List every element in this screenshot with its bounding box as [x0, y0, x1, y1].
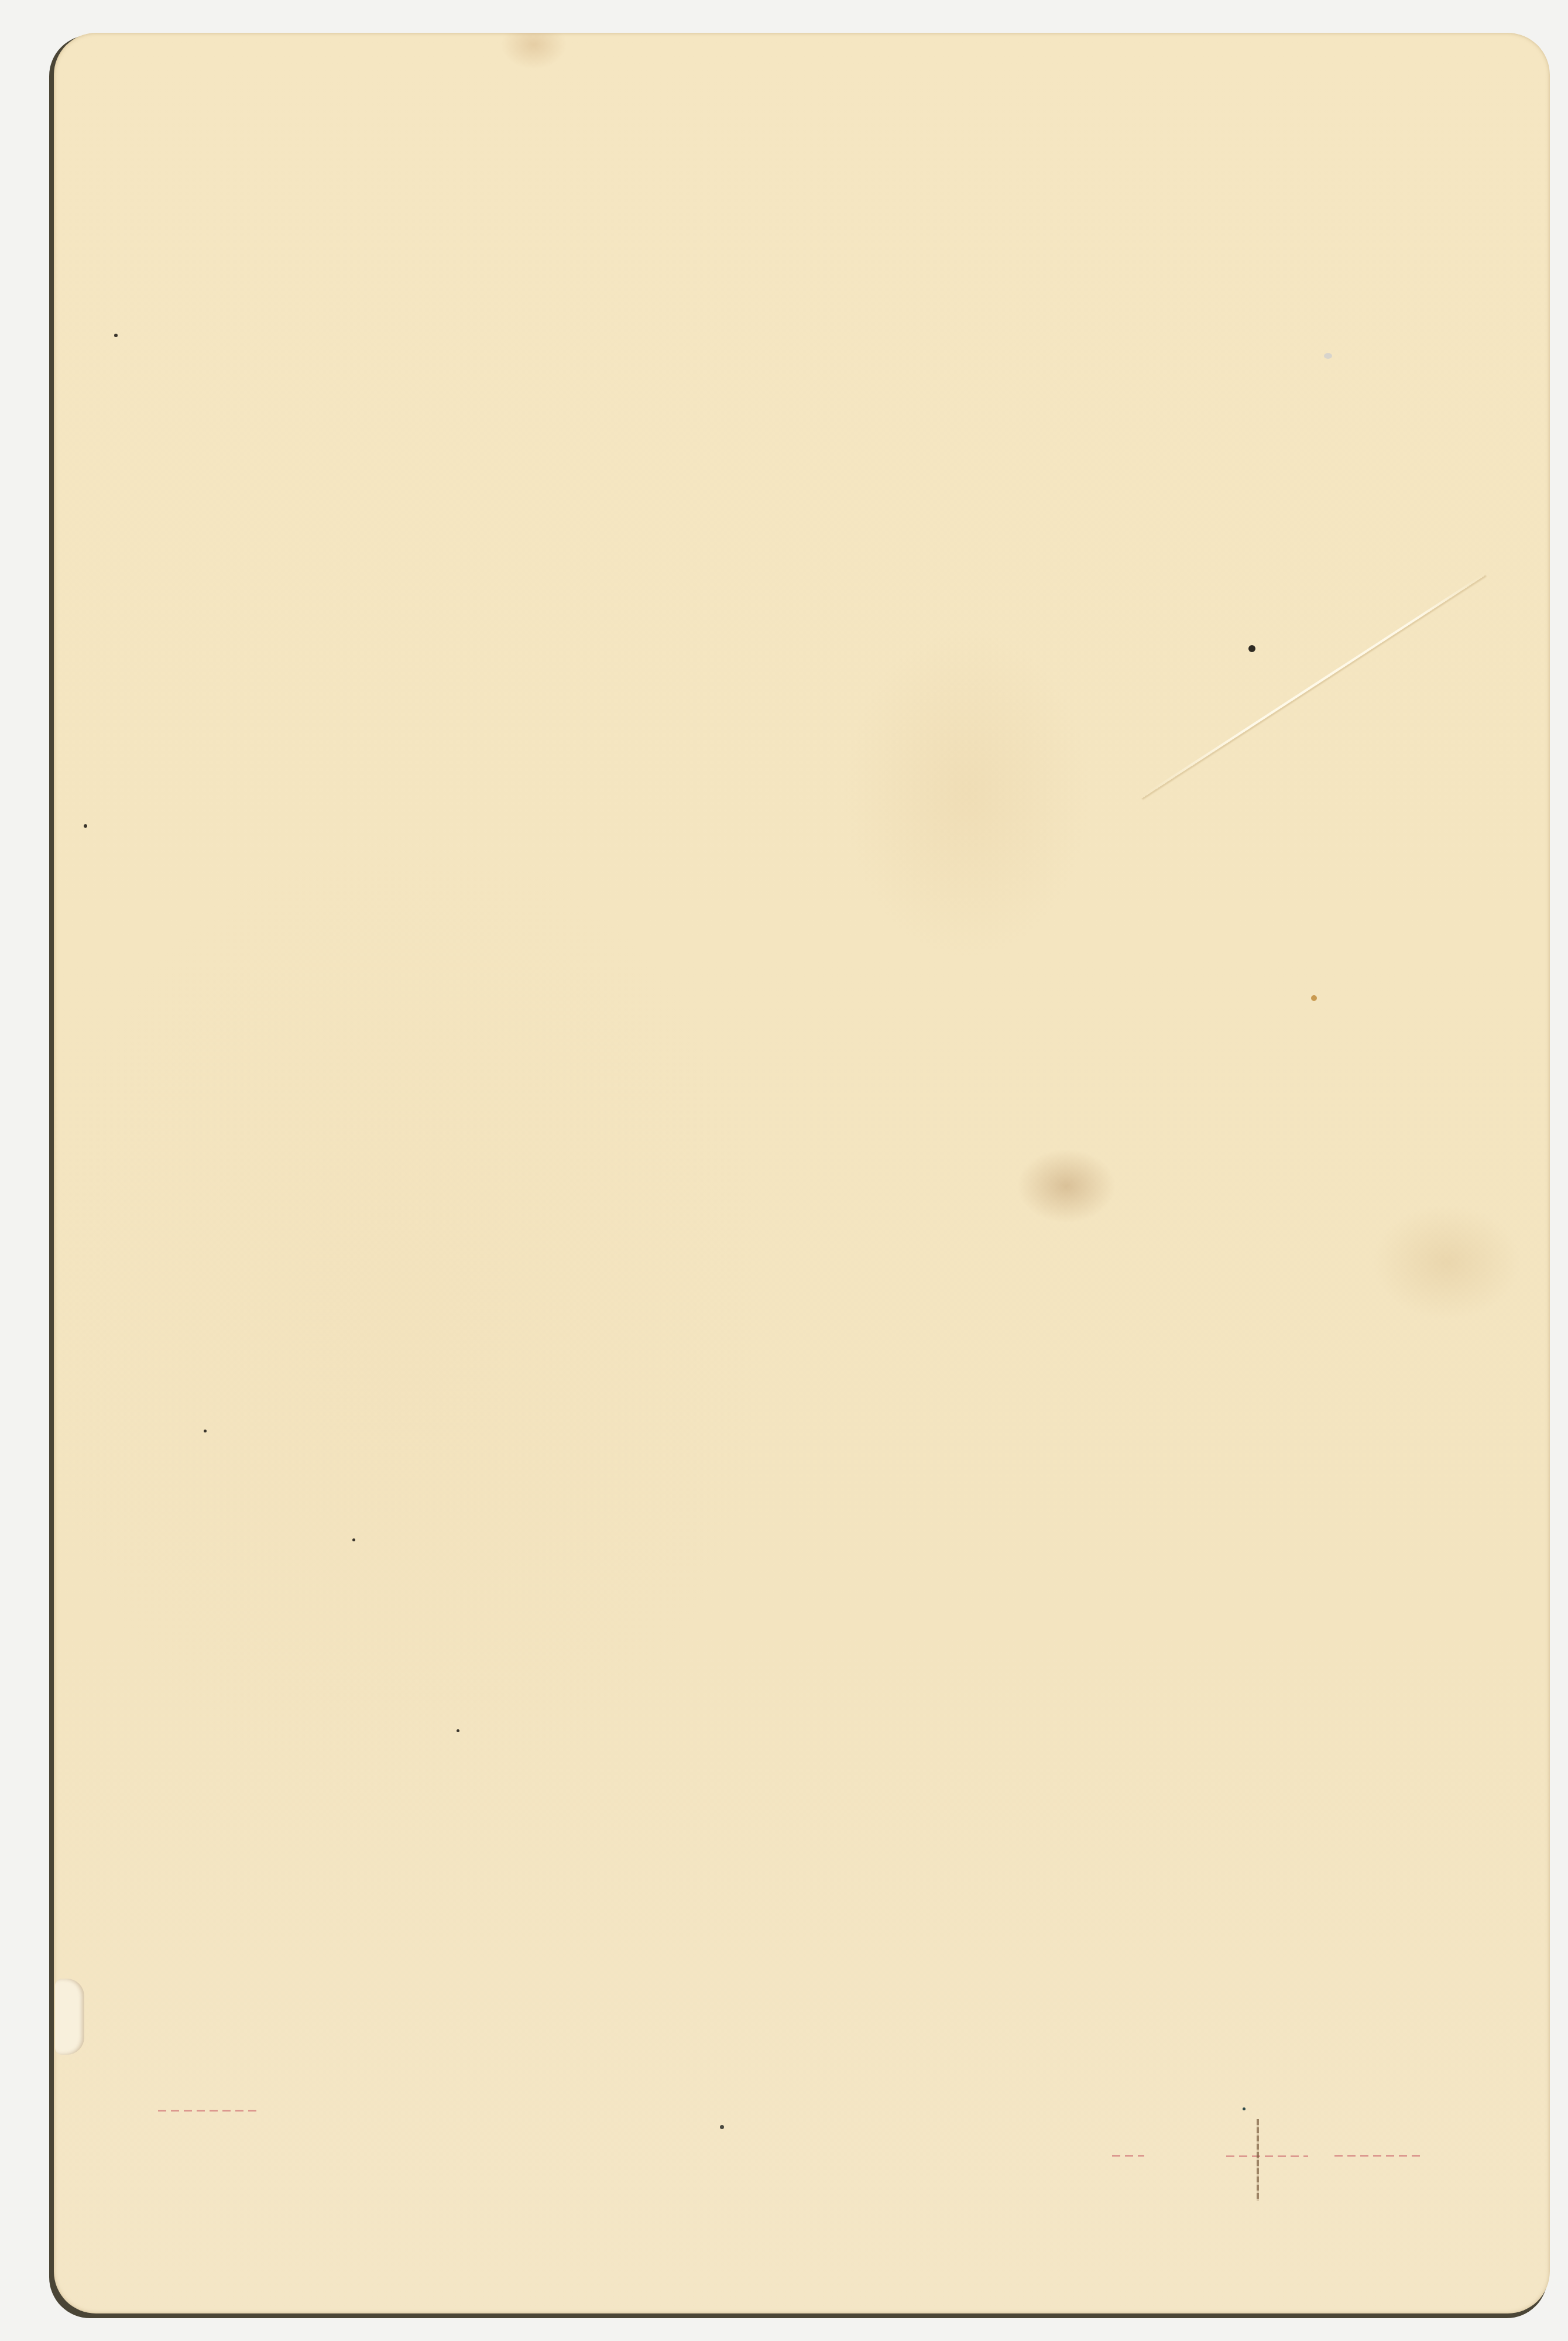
speck	[114, 334, 118, 337]
edge-chip-damage	[55, 1979, 84, 2055]
speck	[1248, 645, 1255, 652]
speck	[1243, 2107, 1246, 2110]
red-dashed-mark	[1112, 2155, 1144, 2157]
pencil-tick-mark	[1257, 2119, 1259, 2201]
speck	[204, 1430, 207, 1432]
speck	[352, 1538, 355, 1541]
red-dashed-mark	[158, 2110, 258, 2112]
speck	[457, 1729, 459, 1732]
red-dashed-mark	[1334, 2155, 1422, 2157]
speck	[1311, 995, 1317, 1001]
speck	[84, 824, 87, 828]
speck	[1324, 353, 1332, 359]
card-back	[54, 33, 1550, 2313]
red-dashed-mark	[1226, 2155, 1308, 2157]
speck	[720, 2125, 724, 2129]
